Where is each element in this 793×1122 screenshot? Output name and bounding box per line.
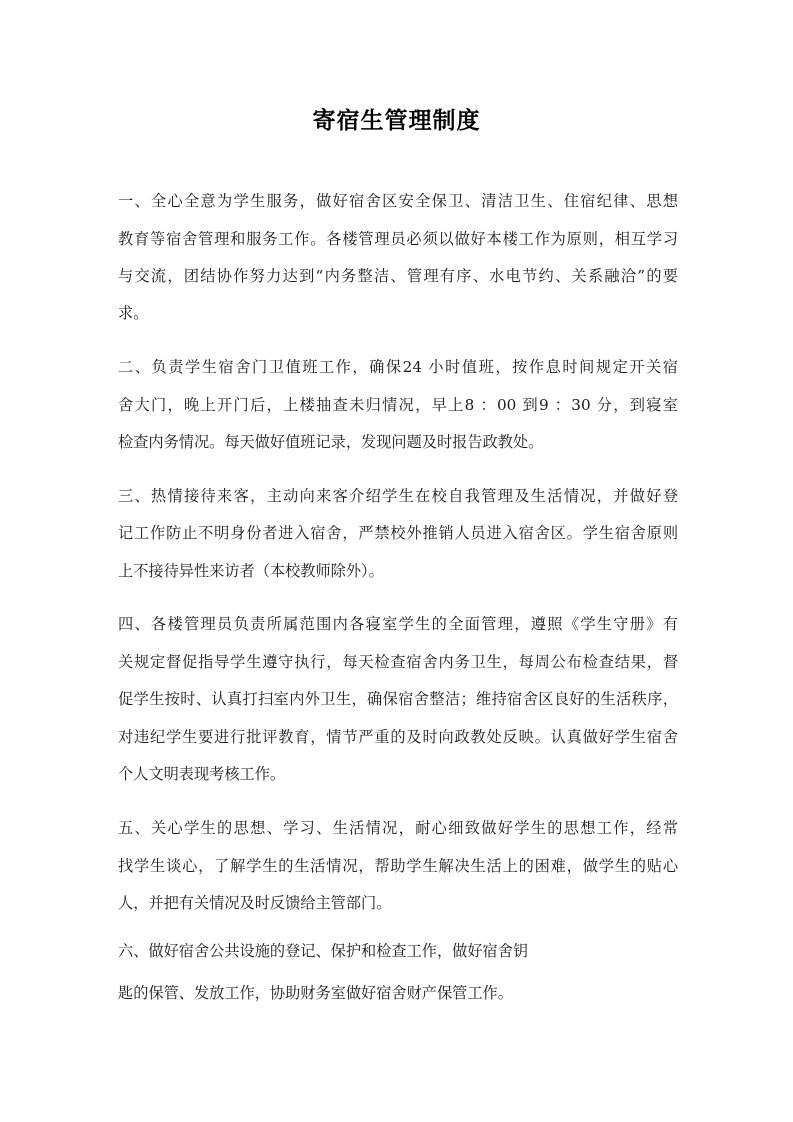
paragraph-line: 匙的保管、发放工作，协助财务室做好宿舍财产保管工作。 (118, 983, 678, 1003)
paragraph-line: 三、热情接待来客，主动向来客介绍学生在校自我管理及生活情况，并做好登 (118, 486, 678, 506)
paragraph-line: 六、做好宿舍公共设施的登记、保护和检查工作，做好宿舍钥 (118, 941, 678, 961)
paragraph-line: 对违纪学生要进行批评教育，情节严重的及时向政教处反映。认真做好学生宿舍 (118, 727, 678, 747)
paragraph-line: 一、全心全意为学生服务，做好宿舍区安全保卫、清洁卫生、住宿纪律、思想 (118, 191, 678, 211)
paragraph-line: 检查内务情况。每天做好值班记录，发现问题及时报告政教处。 (118, 432, 678, 452)
paragraph-line: 促学生按时、认真打扫室内外卫生，确保宿舍整洁；维持宿舍区良好的生活秩序， (118, 689, 678, 709)
paragraph-line: 与交流，团结协作努力达到“内务整洁、管理有序、水电节约、关系融洽”的要 (118, 266, 678, 286)
paragraph-line: 教育等宿舍管理和服务工作。各楼管理员必须以做好本楼工作为原则，相互学习 (118, 229, 678, 249)
paragraph-line: 记工作防止不明身份者进入宿舍，严禁校外推销人员进入宿舍区。学生宿舍原则 (118, 523, 678, 543)
paragraph-line: 二、负责学生宿舍门卫值班工作，确保24 小时值班，按作息时间规定开关宿 (118, 357, 678, 377)
paragraph-line: 关规定督促指导学生遵守执行，每天检查宿舍内务卫生，每周公布检查结果，督 (118, 652, 678, 672)
paragraph-line: 人，并把有关情况及时反馈给主管部门。 (118, 893, 678, 913)
paragraph-line: 找学生谈心，了解学生的生活情况，帮助学生解决生活上的困难，做学生的贴心 (118, 856, 678, 876)
paragraph-line: 个人文明表现考核工作。 (118, 764, 678, 784)
paragraph-line: 求。 (118, 303, 678, 323)
paragraph-line: 五、关心学生的思想、学习、生活情况，耐心细致做好学生的思想工作，经常 (118, 818, 678, 838)
paragraph-line: 上不接待异性来访者（本校教师除外）。 (118, 561, 678, 581)
paragraph-line: 舍大门，晚上开门后，上楼抽查未归情况，早上8 ：00 到9 ：30 分，到寝室 (118, 395, 678, 415)
document-title: 寄宿生管理制度 (0, 102, 793, 135)
paragraph-line: 四、各楼管理员负责所属范围内各寝室学生的全面管理，遵照《学生守册》有 (118, 614, 678, 634)
